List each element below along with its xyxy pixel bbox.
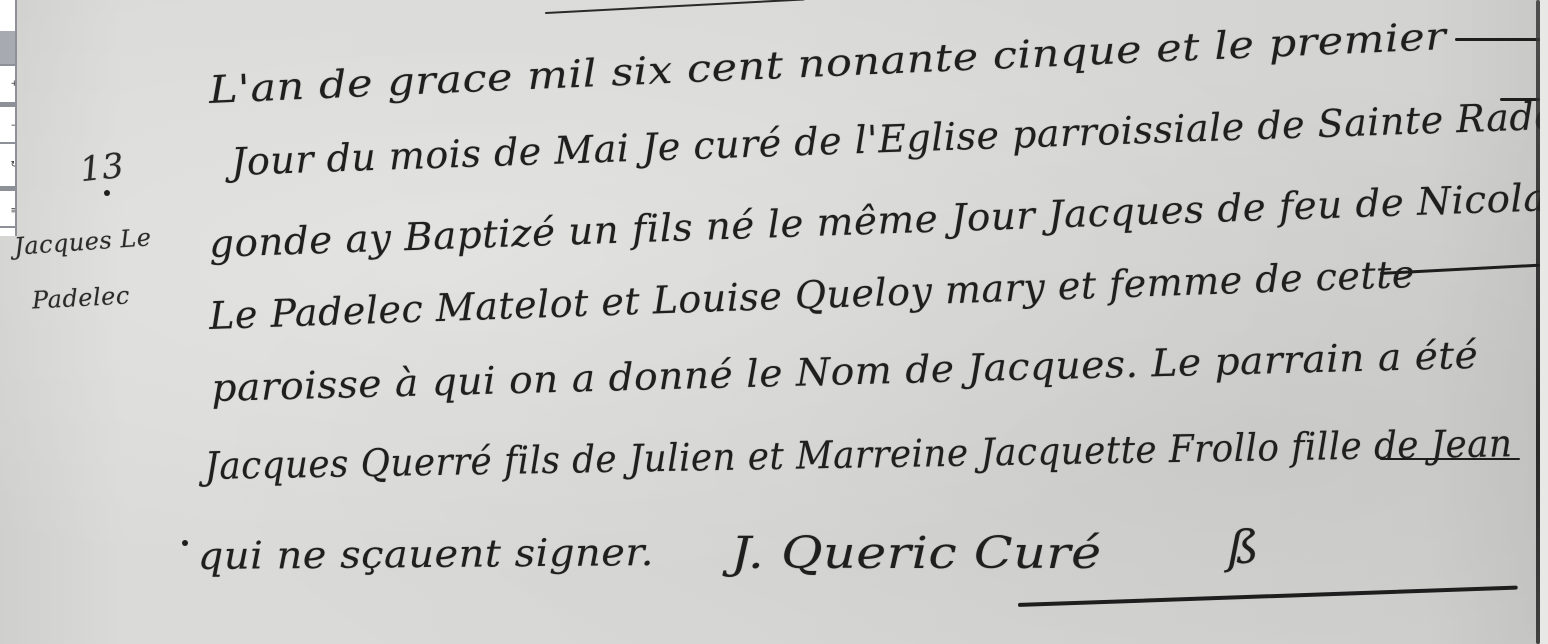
margin-name-line-2: Padelec [31,281,130,314]
text-line-7: qui ne sçauent signer. [198,530,654,578]
fit-page-icon: ≡ [10,191,15,228]
zoom-out-icon: − [10,107,15,142]
rotate-button[interactable]: ↻ [0,142,15,186]
text-line-2: Jour du mois de Mai Je curé de l'Eglise … [230,93,1548,184]
zoom-in-button[interactable]: + [0,64,15,102]
text-line-6: Jacques Querré fils de Julien et Marrein… [204,421,1513,488]
fit-page-button[interactable]: ≡ [0,186,15,228]
cure-signature: J. Queric Curé [731,528,1102,579]
text-line-3: gonde ay Baptizé un fils né le même Jour… [208,175,1548,266]
rotate-icon: ↻ [10,144,15,186]
entry-number-dot [104,190,110,196]
scan-background [1540,0,1548,644]
register-page-scan: 13 Jacques Le Padelec L'an de grace mil … [0,0,1548,644]
entry-number: 13 [78,146,126,190]
previous-entry-stroke [545,0,805,14]
margin-name-line-1: Jacques Le [13,223,152,261]
text-line-5: paroisse à qui on a donné le Nom de Jacq… [211,333,1479,410]
text-line-1: L'an de grace mil six cent nonante cinqu… [208,14,1447,112]
line-end-stroke-1 [1455,38,1540,41]
toolbar-header-band [0,31,15,64]
zoom-in-icon: + [10,66,15,102]
viewer-toolbar: + − ↻ ≡ [0,0,17,236]
text-line-4: Le Padelec Matelot et Louise Queloy mary… [208,252,1415,338]
document-viewer[interactable]: 13 Jacques Le Padelec L'an de grace mil … [0,0,1548,644]
signature-flourish [1018,586,1518,607]
signature-paraph: ß [1228,520,1259,574]
line-marker-dot [182,540,188,546]
zoom-out-button[interactable]: − [0,102,15,142]
